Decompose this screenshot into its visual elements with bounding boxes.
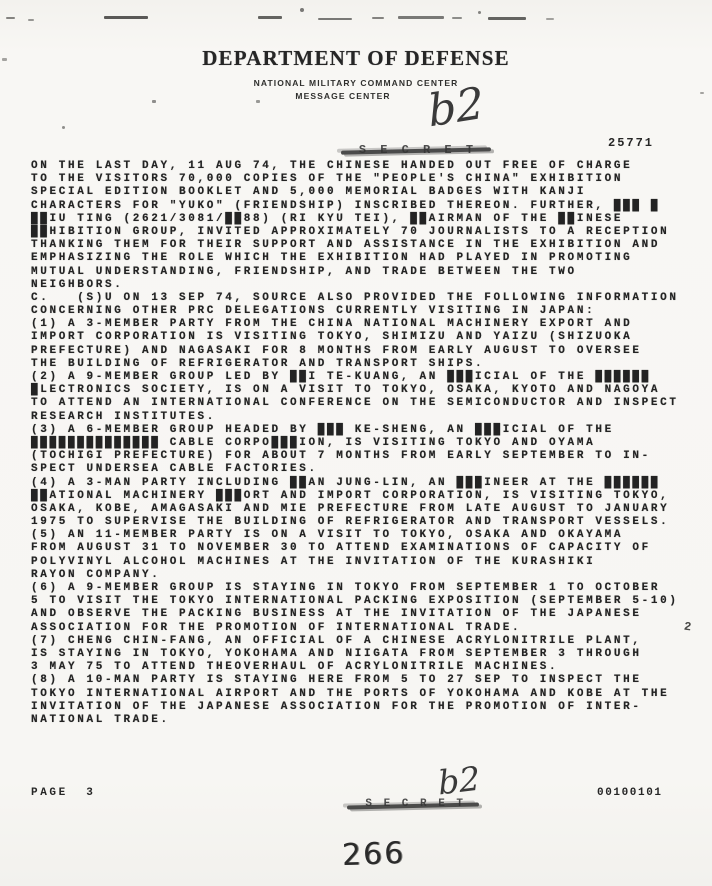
body-line: ON THE LAST DAY, 11 AUG 74, THE CHINESE … bbox=[31, 160, 706, 173]
body-line: (1) A 3-MEMBER PARTY FROM THE CHINA NATI… bbox=[31, 318, 706, 331]
body-line: THE BUILDING OF REFRIGERATOR AND TRANSPO… bbox=[31, 358, 706, 371]
body-line: IS STAYING IN TOKYO, YOKOHAMA AND NIIGAT… bbox=[31, 648, 706, 661]
body-line: 3 MAY 75 TO ATTEND THEOVERHAUL OF ACRYLO… bbox=[31, 661, 706, 674]
page-title: DEPARTMENT OF DEFENSE bbox=[0, 46, 712, 71]
body-line: █LECTRONICS SOCIETY, IS ON A VISIT TO TO… bbox=[31, 384, 706, 397]
scanner-artifact bbox=[398, 16, 444, 19]
scanner-artifact bbox=[300, 8, 304, 12]
scanner-artifact bbox=[104, 16, 148, 19]
body-line: RAYON COMPANY. bbox=[31, 569, 706, 582]
office-subtitle: MESSAGE CENTER bbox=[0, 91, 686, 101]
body-line: TO ATTEND AN INTERNATIONAL CONFERENCE ON… bbox=[31, 397, 706, 410]
body-line: 5 TO VISIT THE TOKYO INTERNATIONAL PACKI… bbox=[31, 595, 706, 608]
scanner-artifact bbox=[452, 17, 462, 19]
document-body: ON THE LAST DAY, 11 AUG 74, THE CHINESE … bbox=[31, 160, 706, 727]
scanner-artifact bbox=[62, 126, 65, 129]
org-subtitle: NATIONAL MILITARY COMMAND CENTER bbox=[0, 78, 712, 88]
scanned-document-page: 2 DEPARTMENT OF DEFENSE NATIONAL MILITAR… bbox=[0, 0, 712, 886]
body-line: CONCERNING OTHER PRC DELEGATIONS CURRENT… bbox=[31, 305, 706, 318]
handwritten-b2-annotation-top: b2 bbox=[426, 82, 485, 135]
body-line: C. (S)U ON 13 SEP 74, SOURCE ALSO PROVID… bbox=[31, 292, 706, 305]
body-line: RESEARCH INSTITUTES. bbox=[31, 411, 706, 424]
body-line: INVITATION OF THE JAPANESE ASSOCIATION F… bbox=[31, 701, 706, 714]
classification-stamp-top-text: S E C R E T bbox=[359, 143, 477, 157]
body-line: ██████████████ CABLE CORPO███ION, IS VIS… bbox=[31, 437, 706, 450]
body-line: ██HIBITION GROUP, INVITED APPROXIMATELY … bbox=[31, 226, 706, 239]
body-line: NATIONAL TRADE. bbox=[31, 714, 706, 727]
scanner-artifact bbox=[700, 92, 704, 94]
body-line: EMPHASIZING THE ROLE WHICH THE EXHIBITIO… bbox=[31, 252, 706, 265]
body-line: SPECT UNDERSEA CABLE FACTORIES. bbox=[31, 463, 706, 476]
control-number: 00100101 bbox=[597, 787, 663, 799]
body-line: TO THE VISITORS 70,000 COPIES OF THE "PE… bbox=[31, 173, 706, 186]
body-line: ██IU TING (2621/3081/██88) (RI KYU TEI),… bbox=[31, 213, 706, 226]
body-line: (4) A 3-MAN PARTY INCLUDING ██AN JUNG-LI… bbox=[31, 477, 706, 490]
scanner-artifact bbox=[6, 17, 15, 19]
handwritten-b2-annotation-bottom: b2 bbox=[437, 761, 481, 799]
body-line: (8) A 10-MAN PARTY IS STAYING HERE FROM … bbox=[31, 674, 706, 687]
scanner-artifact bbox=[28, 19, 34, 21]
body-line: ASSOCIATION FOR THE PROMOTION OF INTERNA… bbox=[31, 622, 706, 635]
body-line: POLYVINYL ALCOHOL MACHINES AT THE INVITA… bbox=[31, 556, 706, 569]
body-line: 1975 TO SUPERVISE THE BUILDING OF REFRIG… bbox=[31, 516, 706, 529]
body-line: (TOCHIGI PREFECTURE) FOR ABOUT 7 MONTHS … bbox=[31, 450, 706, 463]
body-line: (2) A 9-MEMBER GROUP LED BY ██I TE-KUANG… bbox=[31, 371, 706, 384]
doc-serial-number: 25771 bbox=[608, 136, 654, 150]
body-line: AND OBSERVE THE PACKING BUSINESS AT THE … bbox=[31, 608, 706, 621]
handwritten-page-count: 266 bbox=[341, 839, 405, 871]
scanner-artifact bbox=[372, 17, 384, 19]
body-line: (6) A 9-MEMBER GROUP IS STAYING IN TOKYO… bbox=[31, 582, 706, 595]
body-line: OSAKA, KOBE, AMAGASAKI AND MIE PREFECTUR… bbox=[31, 503, 706, 516]
body-line: ██ATIONAL MACHINERY ███ORT AND IMPORT CO… bbox=[31, 490, 706, 503]
body-line: (7) CHENG CHIN-FANG, AN OFFICIAL OF A CH… bbox=[31, 635, 706, 648]
body-line: FROM AUGUST 31 TO NOVEMBER 30 TO ATTEND … bbox=[31, 542, 706, 555]
body-line: CHARACTERS FOR "YUKO" (FRIENDSHIP) INSCR… bbox=[31, 200, 706, 213]
body-line: TOKYO INTERNATIONAL AIRPORT AND THE PORT… bbox=[31, 688, 706, 701]
scanner-artifact bbox=[546, 18, 554, 20]
body-line: MUTUAL UNDERSTANDING, FRIENDSHIP, AND TR… bbox=[31, 266, 706, 279]
body-line: THANKING THEM FOR THEIR SUPPORT AND ASSI… bbox=[31, 239, 706, 252]
scanner-artifact bbox=[478, 11, 481, 14]
scanner-artifact bbox=[488, 17, 526, 20]
body-line: SPECIAL EDITION BOOKLET AND 5,000 MEMORI… bbox=[31, 186, 706, 199]
body-line: PREFECTURE) AND NAGASAKI FOR 8 MONTHS FR… bbox=[31, 345, 706, 358]
scanner-artifact bbox=[258, 16, 282, 19]
body-line: IMPORT CORPORATION IS VISITING TOKYO, SH… bbox=[31, 331, 706, 344]
body-line: (3) A 6-MEMBER GROUP HEADED BY ███ KE-SH… bbox=[31, 424, 706, 437]
body-line: NEIGHBORS. bbox=[31, 279, 706, 292]
scanner-artifact bbox=[318, 18, 352, 20]
page-number-label: PAGE 3 bbox=[31, 787, 95, 799]
body-line: (5) AN 11-MEMBER PARTY IS ON A VISIT TO … bbox=[31, 529, 706, 542]
